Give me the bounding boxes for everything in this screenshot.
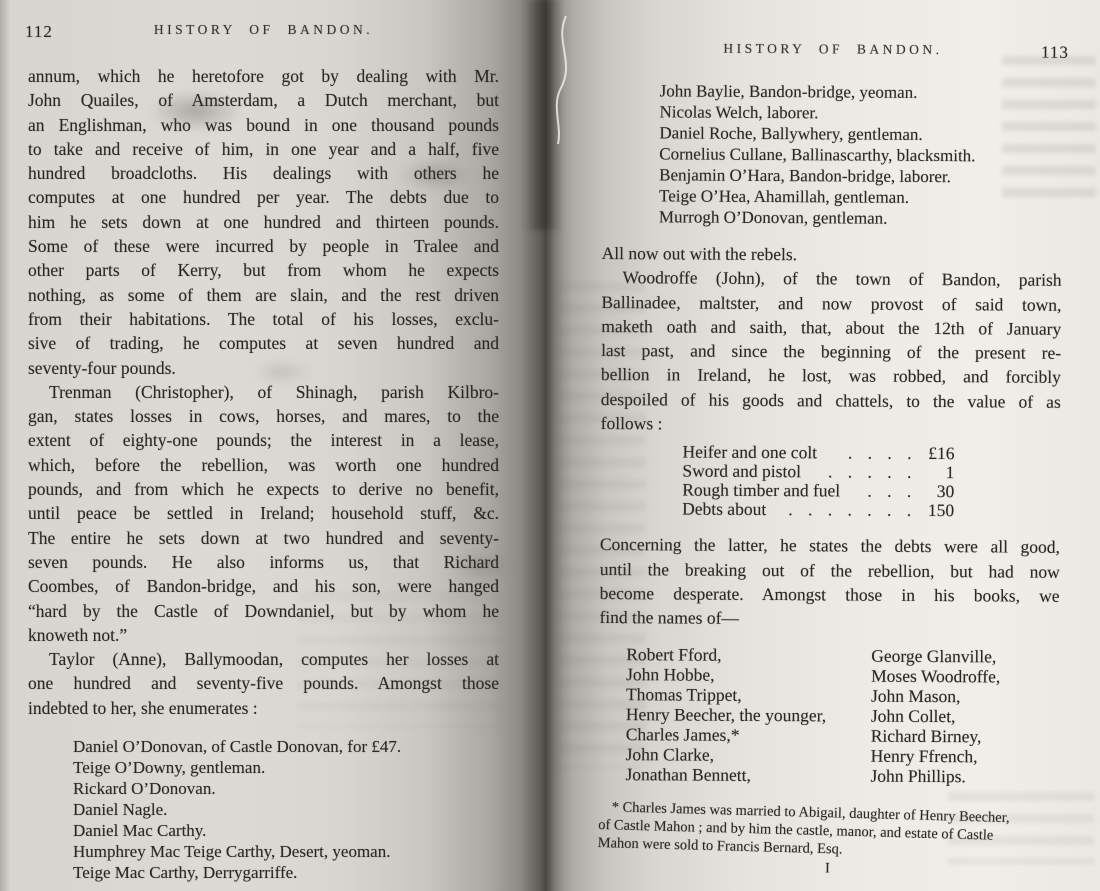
text-line: Ballinadee, maltster, and now provost of… xyxy=(601,290,1061,317)
text-line: him he sets down at one hundred and thir… xyxy=(28,210,499,234)
text-line: George Glanville, xyxy=(871,645,1059,666)
text-line: John Quailes, of Amsterdam, a Dutch merc… xyxy=(28,88,499,112)
text-line: Henry Ffrench, xyxy=(871,745,1059,766)
paragraph-rebels: All now out with the rebels. xyxy=(602,241,1062,268)
text-line: John Phillips. xyxy=(870,765,1058,786)
names-columns: Robert Fford,John Hobbe,Thomas Trippet,H… xyxy=(625,644,1059,787)
text-line: maketh oath and saith, that, about the 1… xyxy=(601,314,1061,341)
losses-table: Heifer and one colt. . . .£16Sword and p… xyxy=(682,443,954,521)
loss-item: Sword and pistol xyxy=(682,462,801,482)
text-line: All now out with the rebels. xyxy=(602,241,1062,268)
text-line: to take and receive of him, in one year … xyxy=(28,137,499,161)
text-line: Teige O’Downy, gentleman. xyxy=(73,757,499,778)
text-line: bellion in Ireland, he lost, was robbed,… xyxy=(601,362,1061,389)
text-line: Concerning the latter, he states the deb… xyxy=(600,532,1060,559)
page-number: 113 xyxy=(1041,43,1069,63)
text-line: Daniel Mac Carthy. xyxy=(73,820,499,841)
text-line: Daniel Nagle. xyxy=(73,799,499,820)
text-line: Teige Mac Carthy, Derrygarriffe. xyxy=(73,862,499,883)
text-line: find the names of— xyxy=(599,605,1059,632)
paragraph-annum: annum, which he heretofore got by dealin… xyxy=(28,64,499,380)
loss-item: Rough timber and fuel xyxy=(682,481,840,501)
page-body: annum, which he heretofore got by dealin… xyxy=(28,64,499,883)
text-line: Rickard O’Donovan. xyxy=(73,778,499,799)
paragraph-taylor: Taylor (Anne), Ballymoodan, computes her… xyxy=(28,647,499,720)
text-line: Richard Birney, xyxy=(871,725,1059,746)
text-line: Cornelius Cullane, Ballinascarthy, black… xyxy=(659,143,1062,166)
text-line: Some of these were incurred by people in… xyxy=(28,234,499,258)
text-line: Trenman (Christopher), of Shinagh, paris… xyxy=(28,380,499,404)
dot-leader: . . . . . . . xyxy=(766,500,918,520)
text-line: until the breaking out of the rebellion,… xyxy=(600,557,1060,584)
loss-amount: £16 xyxy=(918,444,954,463)
witness-list: John Baylie, Bandon-bridge, yeoman.Nicol… xyxy=(659,80,1063,229)
text-line: last past, and since the beginning of th… xyxy=(601,338,1061,365)
paragraph-concerning: Concerning the latter, he states the deb… xyxy=(599,532,1060,632)
text-line: Charles James,* xyxy=(626,724,871,745)
text-line: computes at one hundred per year. The de… xyxy=(28,185,499,209)
loss-row: Debts about. . . . . . .150 xyxy=(682,500,954,521)
text-line: which, before the rebellion, was worth o… xyxy=(28,453,499,477)
page-number: 112 xyxy=(25,22,53,42)
text-line: John Collet, xyxy=(871,705,1059,726)
names-column-right: George Glanville,Moses Woodroffe,John Ma… xyxy=(870,645,1059,786)
dot-leader: . . . . xyxy=(817,444,919,464)
text-line: seven pounds. He also informs us, that R… xyxy=(28,550,499,574)
text-line: pounds, and from which he expects to der… xyxy=(28,477,499,501)
running-header: HISTORY OF BANDON. xyxy=(28,22,499,38)
book-scan: 112 HISTORY OF BANDON. annum, which he h… xyxy=(0,0,1100,891)
text-line: hundred broadcloths. His dealings with o… xyxy=(28,161,499,185)
text-line: other parts of Kerry, but from whom he e… xyxy=(28,258,499,282)
text-line: Moses Woodroffe, xyxy=(871,665,1059,686)
names-column-left: Robert Fford,John Hobbe,Thomas Trippet,H… xyxy=(625,644,871,785)
text-line: become desperate. Amongst those in his b… xyxy=(600,581,1060,608)
text-line: annum, which he heretofore got by dealin… xyxy=(28,64,499,88)
text-line: until peace be settled in Ireland; house… xyxy=(28,501,499,525)
text-line: nothing, as some of them are slain, and … xyxy=(28,283,499,307)
text-line: Henry Beecher, the younger, xyxy=(626,704,871,725)
page-112: 112 HISTORY OF BANDON. annum, which he h… xyxy=(0,0,545,891)
page-header: HISTORY OF BANDON. 113 xyxy=(603,40,1063,63)
text-line: Jonathan Bennett, xyxy=(625,764,870,785)
loss-amount: 30 xyxy=(918,482,954,501)
text-line: Humphrey Mac Teige Carthy, Desert, yeoma… xyxy=(73,841,499,862)
paragraph-trenman: Trenman (Christopher), of Shinagh, paris… xyxy=(28,380,499,647)
text-line: Daniel O’Donovan, of Castle Donovan, for… xyxy=(73,736,499,757)
text-line: “hard by the Castle of Downdaniel, but b… xyxy=(28,599,499,623)
loss-amount: 150 xyxy=(918,501,954,520)
page-body: HISTORY OF BANDON. 113 John Baylie, Band… xyxy=(598,40,1063,878)
text-line: The entire he sets down at two hundred a… xyxy=(28,526,499,550)
loss-amount: 1 xyxy=(918,463,954,482)
text-line: an Englishman, who was bound in one thou… xyxy=(28,113,499,137)
page-113: HISTORY OF BANDON. 113 John Baylie, Band… xyxy=(545,0,1100,891)
text-line: follows : xyxy=(601,411,1061,438)
text-line: Teige O’Hea, Ahamillah, gentleman. xyxy=(659,185,1062,208)
dot-leader: . . . . . xyxy=(801,463,918,483)
page-header: 112 HISTORY OF BANDON. xyxy=(28,22,499,44)
text-line: Benjamin O’Hara, Bandon-bridge, laborer. xyxy=(659,164,1062,187)
text-line: knoweth not.” xyxy=(28,623,499,647)
footnote: * Charles James was married to Abigail, … xyxy=(597,798,1058,864)
text-line: Thomas Trippet, xyxy=(626,684,871,705)
loss-item: Debts about xyxy=(682,500,766,520)
text-line: John Clarke, xyxy=(626,744,871,765)
dot-leader: . . . xyxy=(840,482,918,501)
running-header: HISTORY OF BANDON. xyxy=(603,40,1063,59)
text-line: from their habitations. The total of his… xyxy=(28,307,499,331)
text-line: Coombes, of Bandon-bridge, and his son, … xyxy=(28,574,499,598)
text-line: seventy-four pounds. xyxy=(28,356,499,380)
text-line: Nicolas Welch, laborer. xyxy=(659,101,1062,124)
text-line: John Hobbe, xyxy=(626,664,871,685)
text-line: one hundred and seventy-five pounds. Amo… xyxy=(28,671,499,695)
text-line: John Baylie, Bandon-bridge, yeoman. xyxy=(660,80,1063,103)
text-line: extent of eighty-one pounds; the interes… xyxy=(28,428,499,452)
loss-item: Heifer and one colt xyxy=(682,443,817,463)
text-line: Taylor (Anne), Ballymoodan, computes her… xyxy=(28,647,499,671)
text-line: despoiled of his goods and chattels, to … xyxy=(601,387,1061,414)
text-line: Robert Fford, xyxy=(626,644,871,665)
text-line: Murrogh O’Donovan, gentleman. xyxy=(659,206,1062,229)
paragraph-woodroffe: Woodroffe (John), of the town of Bandon,… xyxy=(601,265,1062,438)
debtor-list: Daniel O’Donovan, of Castle Donovan, for… xyxy=(73,736,499,883)
text-line: indebted to her, she enumerates : xyxy=(28,696,499,720)
text-line: gan, states losses in cows, horses, and … xyxy=(28,404,499,428)
text-line: John Mason, xyxy=(871,685,1059,706)
text-line: Woodroffe (John), of the town of Bandon,… xyxy=(601,265,1061,292)
text-line: sive of trading, he computes at seven hu… xyxy=(28,331,499,355)
text-line: Daniel Roche, Ballywhery, gentleman. xyxy=(659,122,1062,145)
